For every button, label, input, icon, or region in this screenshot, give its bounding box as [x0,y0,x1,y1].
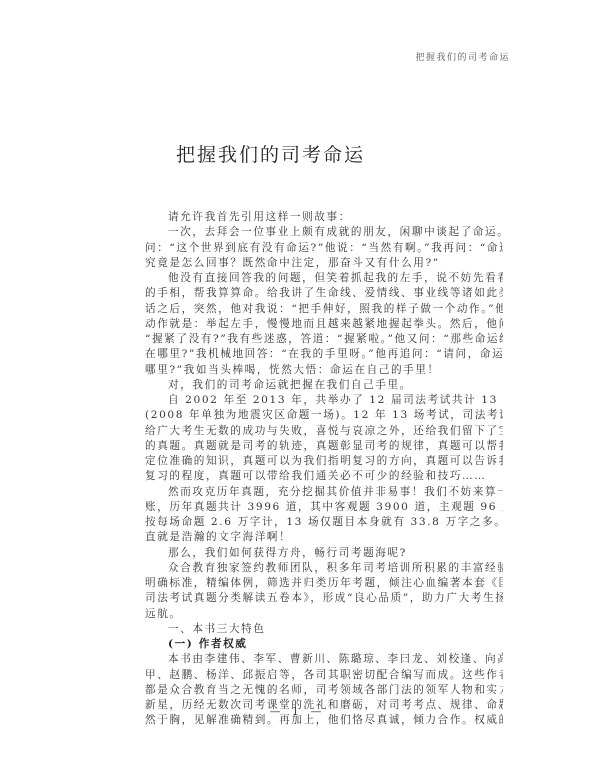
running-header: 把握我们的司考命运 [400,50,510,63]
text-line: 究竟是怎么回事？既然命中注定，那奋斗又有什么用?” [145,256,503,271]
text-line: 在哪里?”我机械地回答：“在我的手里呀。”他再追问：“请问，命运在 [145,347,503,362]
text-line: 的手相，帮我算算命。给我讲了生命线、爱情线、事业线等诸如此类的 [145,286,503,301]
text-line: 甲、赵鹏、杨洋、邱振启等，各司其职密切配合编写而成。这些作者， [145,668,503,683]
text-line: 给广大考生无数的成功与失败，喜悦与哀凉之外，还给我们留下了宝贵 [145,424,503,439]
text-line: 那么，我们如何获得方舟，畅行司考题海呢? [145,546,503,561]
text-line: 哪里?”我如当头棒喝，恍然大悟：命运在自己的手里！ [145,363,503,378]
text-line: 话之后，突然，他对我说：“把手伸好，照我的样子做一个动作。”他的 [145,302,503,317]
subsection-heading: (一) 作者权威 [145,637,503,652]
text-line: 都是众合教育当之无愧的名师，司考领域各部门法的领军人物和实力派 [145,683,503,698]
text-line: (2008 年单独为地震灾区命题一场)。12 年 13 场考试，司法考试除了留 [145,408,503,423]
text-line: 问：“这个世界到底有没有命运?”他说：“当然有啊。”我再问：“命运 [145,241,503,256]
section-heading: 一、本书三大特色 [145,622,503,637]
text-line: 明确标准，精编体例，筛选并归类历年考题，倾注心血编著本套《国家 [145,576,503,591]
text-line: “握紧了没有?”我有些迷惑，答道：“握紧啦。”他又问：“那些命运线 [145,332,503,347]
text-line: 本书由李建伟、李军、曹新川、陈璐琼、李曰龙、刘校逢、向高 [145,652,503,667]
text-line: 定位准确的知识，真题可以为我们指明复习的方向，真题可以告诉我们 [145,454,503,469]
text-line: 一次，去拜会一位事业上颇有成就的朋友，闲聊中谈起了命运。我 [145,225,503,240]
text-line: 他没有直接回答我的问题，但笑着抓起我的左手，说不妨先看看我 [145,271,503,286]
text-line: 动作就是：举起左手，慢慢地而且越来越紧地握起拳头。然后，他问： [145,317,503,332]
text-line: 按每场命题 2.6 万字计，13 场仅题目本身就有 33.8 万字之多。真题简 [145,515,503,530]
text-line: 直就是浩瀚的文字海洋啊！ [145,530,503,545]
text-line: 复习的程度，真题可以带给我们通关必不可少的经验和技巧…… [145,469,503,484]
page-number: — 1 — [0,705,595,718]
text-line: 司法考试真题分类解读五卷本》，形成“良心品质”，助力广大考生扬帆 [145,591,503,606]
text-line: 远航。 [145,607,503,622]
text-line: 自 2002 年至 2013 年，共举办了 12 届司法考试共计 13 场命题 [145,393,503,408]
chapter-title: 把握我们的司考命运 [176,140,365,167]
text-line: 对，我们的司考命运就把握在我们自己手里。 [145,378,503,393]
text-line: 的真题。真题就是司考的轨迹，真题彰显司考的规律，真题可以帮我们 [145,439,503,454]
text-line: 账，历年真题共计 3996 道，其中客观题 3900 道，主观题 96 道。粗略 [145,500,503,515]
text-line: 众合教育独家签约教师团队，积多年司考培训所积累的丰富经验， [145,561,503,576]
body-text: 请允许我首先引用这样一则故事：一次，去拜会一位事业上颇有成就的朋友，闲聊中谈起了… [145,210,503,729]
text-line: 然而攻克历年真题，充分挖掘其价值并非易事！我们不妨来算一笔 [145,485,503,500]
text-line: 请允许我首先引用这样一则故事： [145,210,503,225]
